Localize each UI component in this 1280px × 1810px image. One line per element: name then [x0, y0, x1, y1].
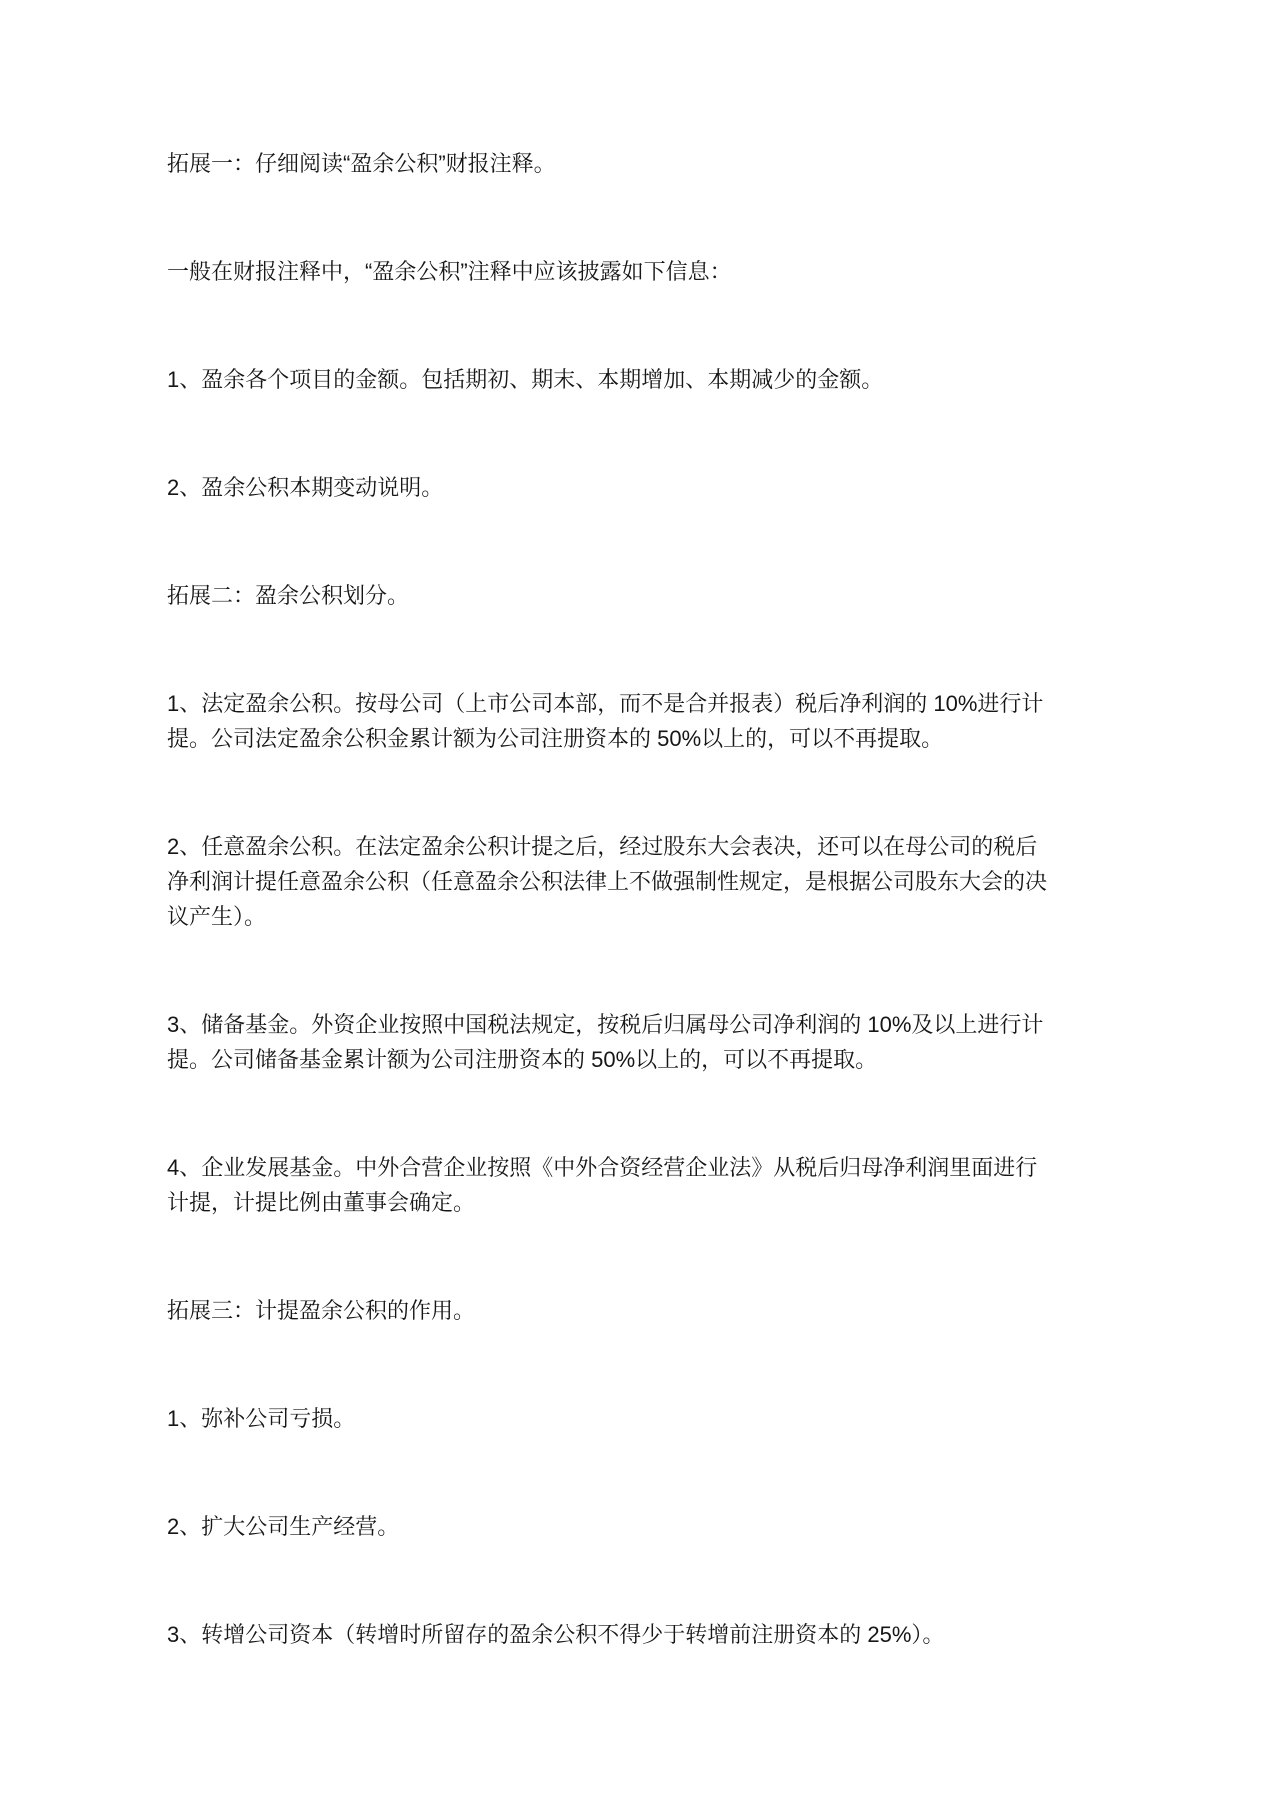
paragraph-discretionary-reserve: 2、任意盈余公积。在法定盈余公积计提之后，经过股东大会表决，还可以在母公司的税后…	[167, 829, 1127, 934]
paragraph-intro-disclosure: 一般在财报注释中，“盈余公积”注释中应该披露如下信息：	[167, 254, 1127, 289]
document-page: 拓展一：仔细阅读“盈余公积”财报注释。 一般在财报注释中，“盈余公积”注释中应该…	[0, 0, 1280, 1810]
paragraph-enterprise-development-fund: 4、企业发展基金。中外合营企业按照《中外合资经营企业法》从税后归母净利润里面进行…	[167, 1150, 1127, 1220]
paragraph-use-capital-conversion: 3、转增公司资本（转增时所留存的盈余公积不得少于转增前注册资本的 25%）。	[167, 1617, 1127, 1652]
paragraph-heading-expansion-1: 拓展一：仔细阅读“盈余公积”财报注释。	[167, 146, 1127, 181]
paragraph-item-amounts: 1、盈余各个项目的金额。包括期初、期末、本期增加、本期减少的金额。	[167, 362, 1127, 397]
paragraph-statutory-reserve: 1、法定盈余公积。按母公司（上市公司本部，而不是合并报表）税后净利润的 10%进…	[167, 686, 1127, 756]
paragraph-use-expand-operations: 2、扩大公司生产经营。	[167, 1509, 1127, 1544]
paragraph-heading-expansion-2: 拓展二：盈余公积划分。	[167, 578, 1127, 613]
paragraph-item-change-note: 2、盈余公积本期变动说明。	[167, 470, 1127, 505]
paragraph-reserve-fund: 3、储备基金。外资企业按照中国税法规定，按税后归属母公司净利润的 10%及以上进…	[167, 1007, 1127, 1077]
paragraph-heading-expansion-3: 拓展三：计提盈余公积的作用。	[167, 1293, 1127, 1328]
paragraph-use-cover-losses: 1、弥补公司亏损。	[167, 1401, 1127, 1436]
